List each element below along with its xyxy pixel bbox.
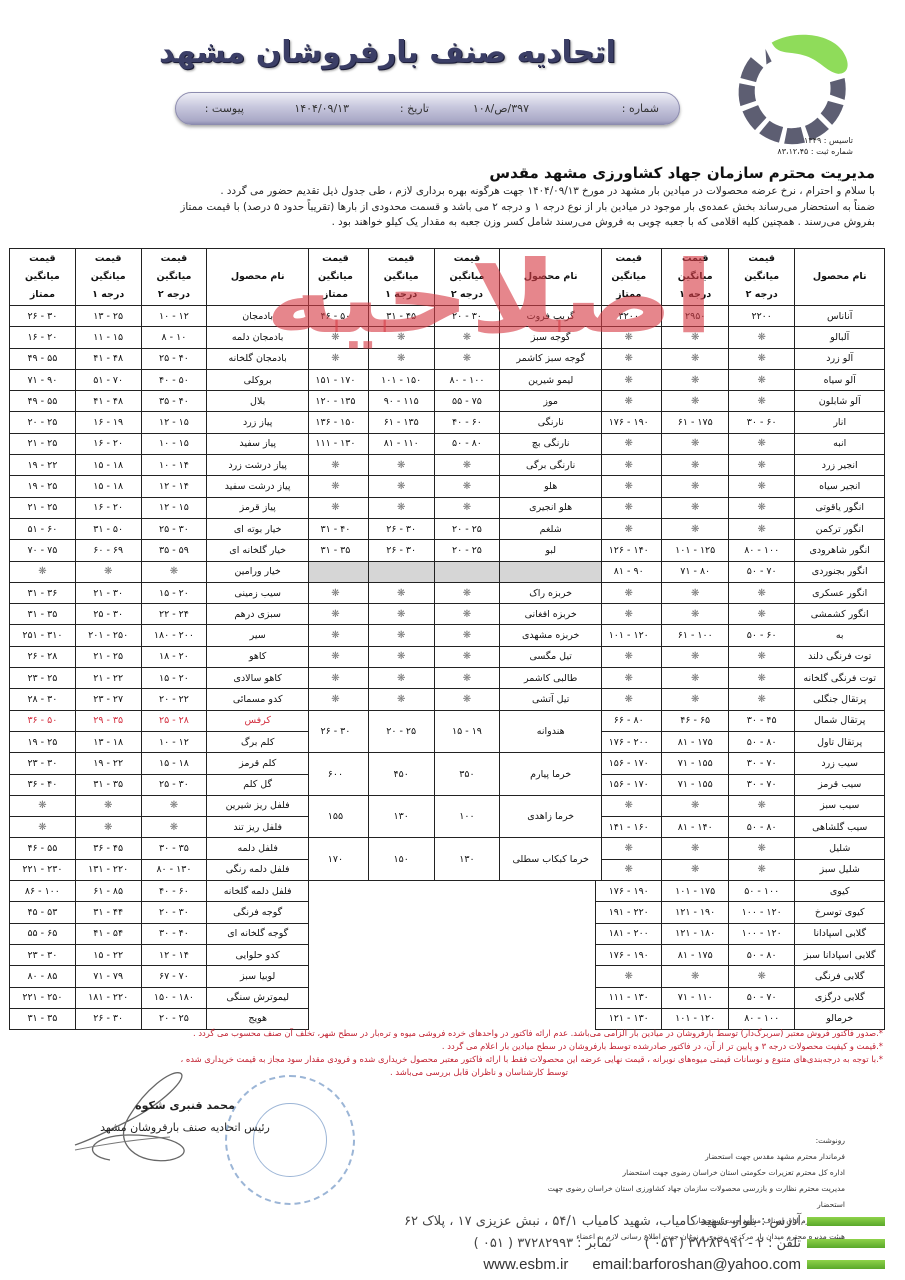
table-row: سیر۲۰۰ - ۱۸۰۲۵۰ - ۲۰۱۳۱۰ - ۲۵۱ bbox=[10, 625, 309, 646]
table-row: شلغم۲۵ - ۲۰۳۰ - ۲۶۴۰ - ۳۱ bbox=[303, 518, 602, 539]
premium-price: ۱۳۵ - ۱۲۰ bbox=[303, 391, 369, 412]
table-row: بلال۴۰ - ۳۵۴۸ - ۴۱۵۵ - ۴۹ bbox=[10, 391, 309, 412]
grade2-price: ۳۰ - ۲۰ bbox=[141, 902, 207, 923]
table-row: لبو۲۵ - ۲۰۳۰ - ۲۶۳۵ - ۳۱ bbox=[303, 540, 602, 561]
grade1-price: ❋ bbox=[368, 625, 434, 646]
premium-price: ۴۰ - ۳۱ bbox=[303, 518, 369, 539]
product-name: آلبالو bbox=[795, 327, 885, 348]
premium-price: ۲۵ - ۲۳ bbox=[10, 668, 76, 689]
premium-price: ۴۰ - ۳۶ bbox=[10, 774, 76, 795]
table-row: خیار گلخانه ای۵۹ - ۳۵۶۹ - ۶۰۷۵ - ۷۰ bbox=[10, 540, 309, 561]
product-name: کیوی bbox=[795, 881, 885, 902]
grade2-price: ❋ bbox=[728, 497, 794, 518]
table-row: بروکلی۵۰ - ۴۰۷۰ - ۵۱۹۰ - ۷۱ bbox=[10, 369, 309, 390]
product-name: تیل مگسی bbox=[500, 646, 602, 667]
signer-block: محمد قنبری شکوه رئیس اتحادیه صنف بارفروش… bbox=[75, 1095, 295, 1139]
product-name: تیل آتشی bbox=[500, 689, 602, 710]
product-name: شلیل سبز bbox=[795, 859, 885, 880]
grade1-price: ۷۰ - ۵۱ bbox=[75, 369, 141, 390]
grade2-price: ۶۰ - ۴۰ bbox=[141, 881, 207, 902]
product-name: بادمجان دلمه bbox=[207, 327, 309, 348]
premium-price: ۳۰ - ۲۶ bbox=[303, 710, 369, 753]
grade2-price: ۳۰ - ۲۵ bbox=[141, 518, 207, 539]
product-name: گوجه سبز کاشمر bbox=[500, 348, 602, 369]
recipient-heading: مدیریت محترم سازمان جهاد کشاورزی مشهد مق… bbox=[489, 164, 875, 182]
product-name: خرما زاهدی bbox=[500, 795, 602, 838]
table-row: پرتقال شمال۴۵ - ۳۰۶۵ - ۴۶۸۰ - ۶۶ bbox=[596, 710, 885, 731]
premium-price: ۱۹۰ - ۱۷۶ bbox=[596, 412, 662, 433]
product-name: انگور عسکری bbox=[795, 582, 885, 603]
premium-price: ۵۰ - ۴۶ bbox=[303, 306, 369, 327]
grade2-price: ۵۰ - ۴۰ bbox=[141, 369, 207, 390]
grade2-price: ۷۰ - ۶۷ bbox=[141, 966, 207, 987]
grade2-price: ❋ bbox=[728, 604, 794, 625]
product-name: آناناس bbox=[795, 306, 885, 327]
grade2-price: ❋ bbox=[434, 455, 500, 476]
grade2-price: ۱۰ - ۸ bbox=[141, 327, 207, 348]
grade2-price: ۳۵۰ bbox=[434, 753, 500, 796]
premium-price: ۳۰ - ۲۶ bbox=[10, 306, 76, 327]
footnote: *.صدور فاکتور فروش معتبر (سربرگ‌دار) توس… bbox=[3, 1027, 883, 1040]
table-row bbox=[303, 561, 602, 582]
table-row: آلو زرد❋❋❋ bbox=[596, 348, 885, 369]
table-row: هلو❋❋❋ bbox=[303, 476, 602, 497]
premium-price: ❋ bbox=[303, 327, 369, 348]
web-line: email:barforoshan@yahoo.com www.esbm.ir bbox=[483, 1256, 885, 1273]
product-name: گل کلم bbox=[207, 774, 309, 795]
table-row: انگور کشمشی❋❋❋ bbox=[596, 604, 885, 625]
product-name: کاهو سالادی bbox=[207, 668, 309, 689]
table-row: توت فرنگی گلخانه❋❋❋ bbox=[596, 668, 885, 689]
table-row: انگور بجنوردی۷۰ - ۵۰۸۰ - ۷۱۹۰ - ۸۱ bbox=[596, 561, 885, 582]
grade1-price: ۱۹ - ۱۶ bbox=[75, 412, 141, 433]
grade1-price: ۴۸ - ۴۱ bbox=[75, 348, 141, 369]
product-name: فلفل دلمه bbox=[207, 838, 309, 859]
grade2-price: ❋ bbox=[141, 561, 207, 582]
table-row: انگور ترکمن❋❋❋ bbox=[596, 518, 885, 539]
premium-price: ۳۱۰ - ۲۵۱ bbox=[10, 625, 76, 646]
grade1-price: ❋ bbox=[662, 668, 728, 689]
premium-price: ❋ bbox=[596, 348, 662, 369]
table-row: بادمجان دلمه۱۰ - ۸۱۵ - ۱۱۲۰ - ۱۶ bbox=[10, 327, 309, 348]
header-grade1-price: قیمتمیانگیندرجه ۱ bbox=[75, 249, 141, 306]
premium-price: ❋ bbox=[596, 476, 662, 497]
phone-line: تلفن : ۲ - ۳۷۲۸۲۹۹۱ ( ۰۵۱ ) نمابر : ۳۷۲۸… bbox=[474, 1236, 885, 1251]
grade1-price: ۲۹۵۰ bbox=[662, 306, 728, 327]
premium-price: ۲۳۰ - ۲۲۱ bbox=[10, 859, 76, 880]
grade1-price: ۱۵۰ bbox=[368, 838, 434, 881]
premium-price: ❋ bbox=[596, 369, 662, 390]
table-row: پیاز درشت زرد۱۴ - ۱۰۱۸ - ۱۵۲۲ - ۱۹ bbox=[10, 455, 309, 476]
grade1-price: ۶۹ - ۶۰ bbox=[75, 540, 141, 561]
table-row: لیمو شیرین۱۰۰ - ۸۰۱۵۰ - ۱۰۱۱۷۰ - ۱۵۱ bbox=[303, 369, 602, 390]
phone-text: تلفن : ۲ - ۳۷۲۸۲۹۹۱ ( ۰۵۱ ) نمابر : ۳۷۲۸… bbox=[474, 1236, 801, 1251]
product-name: خربزه راک bbox=[500, 582, 602, 603]
grade2-price: ❋ bbox=[434, 604, 500, 625]
email-link[interactable]: email:barforoshan@yahoo.com bbox=[592, 1256, 801, 1273]
grade2-price: ۲۵ - ۲۰ bbox=[434, 518, 500, 539]
cc-label: رونوشت: bbox=[525, 1133, 845, 1149]
cc-item: اداره کل محترم تعزیرات حکومتی استان خراس… bbox=[525, 1165, 845, 1181]
grade1-price: ۱۷۵ - ۱۰۱ bbox=[662, 881, 728, 902]
grade1-price: ❋ bbox=[662, 497, 728, 518]
product-name: گوجه سبز bbox=[500, 327, 602, 348]
grade1-price: ۲۲ - ۲۱ bbox=[75, 668, 141, 689]
grade1-price: ❋ bbox=[662, 646, 728, 667]
grade1-price: ❋ bbox=[662, 838, 728, 859]
intro-line: ضمناً به استحضار می‌رساند بخش عمده‌ی بار… bbox=[35, 200, 875, 216]
product-name: شلغم bbox=[500, 518, 602, 539]
grade1-price: ۱۵۵ - ۷۱ bbox=[662, 774, 728, 795]
address-line: آدرس : بلوار شهید کامیاب، شهید کامیاب ۵۴… bbox=[404, 1214, 885, 1229]
grade1-price: ۲۵ - ۲۰ bbox=[368, 710, 434, 753]
premium-price: ❋ bbox=[596, 391, 662, 412]
premium-price: ۵۵ - ۴۹ bbox=[10, 391, 76, 412]
product-name: پیاز سفید bbox=[207, 433, 309, 454]
footnote: *.قیمت و کیفیت محصولات درجه ۳ و پایین تر… bbox=[3, 1040, 883, 1053]
grade2-price: ۱۲ - ۱۰ bbox=[141, 731, 207, 752]
premium-price: ❋ bbox=[596, 455, 662, 476]
grade2-price: ۲۲ - ۲۰ bbox=[141, 689, 207, 710]
product-name: خیار ورامین bbox=[207, 561, 309, 582]
grade1-price: ۱۱۵ - ۹۰ bbox=[368, 391, 434, 412]
product-name: کدو حلوایی bbox=[207, 944, 309, 965]
grade2-price: ۱۲ - ۱۰ bbox=[141, 306, 207, 327]
grade1-price: ۳۰ - ۲۶ bbox=[368, 540, 434, 561]
grade1-price: ۲۰ - ۱۶ bbox=[75, 433, 141, 454]
product-name: گریپ فروت bbox=[500, 306, 602, 327]
grade1-price: ۷۹ - ۷۱ bbox=[75, 966, 141, 987]
table-row: انگور شاهرودی۱۰۰ - ۸۰۱۲۵ - ۱۰۱۱۴۰ - ۱۲۶ bbox=[596, 540, 885, 561]
table-row: نارنگی۶۰ - ۴۰۱۳۵ - ۶۱۱۵۰ - ۱۳۶ bbox=[303, 412, 602, 433]
vegetable-price-table: نام محصولقیمتمیانگیندرجه ۲قیمتمیانگیندرج… bbox=[9, 248, 309, 1030]
table-row: بادمجان۱۲ - ۱۰۲۵ - ۱۳۳۰ - ۲۶ bbox=[10, 306, 309, 327]
premium-price: ❋ bbox=[596, 795, 662, 816]
grade2-price: ۴۰ - ۳۰ bbox=[141, 923, 207, 944]
grade1-price: ۵۰ - ۳۱ bbox=[75, 518, 141, 539]
grade2-price: ۷۵ - ۵۵ bbox=[434, 391, 500, 412]
table-row: خیار بوته ای۳۰ - ۲۵۵۰ - ۳۱۶۰ - ۵۱ bbox=[10, 518, 309, 539]
product-name: خرما پیارم bbox=[500, 753, 602, 796]
premium-price: ❋ bbox=[596, 668, 662, 689]
grade2-price: ۲۵ - ۲۰ bbox=[434, 540, 500, 561]
premium-price: ۱۲۰ - ۱۰۱ bbox=[596, 625, 662, 646]
grade1-price: ۱۹۰ - ۱۲۱ bbox=[662, 902, 728, 923]
premium-price: ۲۵ - ۲۱ bbox=[10, 433, 76, 454]
premium-price: ❋ bbox=[303, 689, 369, 710]
grade2-price: ۱۳۰ bbox=[434, 838, 500, 881]
premium-price: ۲۵ - ۱۹ bbox=[10, 476, 76, 497]
grade2-price: ۲۲۰۰ bbox=[728, 306, 794, 327]
product-name: هندوانه bbox=[500, 710, 602, 753]
grade2-price: ❋ bbox=[728, 433, 794, 454]
grade2-price: ❋ bbox=[728, 795, 794, 816]
grade2-price: ۷۰ - ۵۰ bbox=[728, 987, 794, 1008]
grade1-price: ❋ bbox=[662, 348, 728, 369]
grade1-price: ❋ bbox=[662, 455, 728, 476]
premium-price: ۱۵۵ bbox=[303, 795, 369, 838]
table-row: انجیر سیاه❋❋❋ bbox=[596, 476, 885, 497]
grade2-price: ۱۴ - ۱۲ bbox=[141, 476, 207, 497]
header-grade2-price: قیمتمیانگیندرجه ۲ bbox=[434, 249, 500, 306]
premium-price: ۷۵ - ۷۰ bbox=[10, 540, 76, 561]
table-row: لوبیا سبز۷۰ - ۶۷۷۹ - ۷۱۸۵ - ۸۰ bbox=[10, 966, 309, 987]
grade1-price: ۲۵۰ - ۲۰۱ bbox=[75, 625, 141, 646]
grade2-price: ۱۲۰ - ۱۰۰ bbox=[728, 923, 794, 944]
table-row: سیب گلشاهی۸۰ - ۵۰۱۴۰ - ۸۱۱۶۰ - ۱۴۱ bbox=[596, 817, 885, 838]
product-name: توت فرنگی دلند bbox=[795, 646, 885, 667]
grade2-price: ❋ bbox=[728, 582, 794, 603]
grade2-price: ❋ bbox=[434, 582, 500, 603]
grade2-price: ۲۰ - ۱۸ bbox=[141, 646, 207, 667]
premium-price: ۱۴۰ - ۱۲۶ bbox=[596, 540, 662, 561]
grade1-price: ❋ bbox=[662, 476, 728, 497]
grade2-price: ۳۰ - ۲۵ bbox=[141, 774, 207, 795]
product-name: سیب قرمز bbox=[795, 774, 885, 795]
table-row: هلو انجیری❋❋❋ bbox=[303, 497, 602, 518]
grade2-price bbox=[434, 561, 500, 582]
grade1-price: ❋ bbox=[662, 391, 728, 412]
table-row: شلیل سبز❋❋❋ bbox=[596, 859, 885, 880]
grade2-price: ۷۰ - ۵۰ bbox=[728, 561, 794, 582]
grade2-price: ۸۰ - ۵۰ bbox=[728, 944, 794, 965]
grade2-price: ۷۰ - ۳۰ bbox=[728, 753, 794, 774]
product-name: سیب زرد bbox=[795, 753, 885, 774]
grade2-price: ۶۰ - ۵۰ bbox=[728, 625, 794, 646]
table-row: فلفل ریز شیرین❋❋❋ bbox=[10, 795, 309, 816]
table-row: گلابی فرنگی❋❋❋ bbox=[596, 966, 885, 987]
table-row: شلیل❋❋❋ bbox=[596, 838, 885, 859]
grade2-price: ۱۸ - ۱۵ bbox=[141, 753, 207, 774]
premium-price: ❋ bbox=[596, 497, 662, 518]
grade2-price: ۲۴ - ۲۲ bbox=[141, 604, 207, 625]
grade1-price: ❋ bbox=[662, 689, 728, 710]
product-name: کیوی توسرخ bbox=[795, 902, 885, 923]
product-name: هلو انجیری bbox=[500, 497, 602, 518]
product-name: آلو زرد bbox=[795, 348, 885, 369]
table-row: آلو سیاه❋❋❋ bbox=[596, 369, 885, 390]
grade2-price: ❋ bbox=[728, 838, 794, 859]
table-row: به۶۰ - ۵۰۱۰۰ - ۶۱۱۲۰ - ۱۰۱ bbox=[596, 625, 885, 646]
grade1-price: ۸۰ - ۷۱ bbox=[662, 561, 728, 582]
grade1-price: ۱۵۰ - ۱۰۱ bbox=[368, 369, 434, 390]
product-name: انگور ترکمن bbox=[795, 518, 885, 539]
grade2-price: ❋ bbox=[728, 476, 794, 497]
table-row: پیاز سفید۱۵ - ۱۰۲۰ - ۱۶۲۵ - ۲۱ bbox=[10, 433, 309, 454]
product-name: خربزه مشهدی bbox=[500, 625, 602, 646]
grade1-price: ❋ bbox=[662, 966, 728, 987]
table-row: سیب قرمز۷۰ - ۳۰۱۵۵ - ۷۱۱۷۰ - ۱۵۶ bbox=[596, 774, 885, 795]
grade2-price: ۱۴ - ۱۲ bbox=[141, 944, 207, 965]
premium-price: ۹۰ - ۷۱ bbox=[10, 369, 76, 390]
premium-price: ۱۵۰ - ۱۳۶ bbox=[303, 412, 369, 433]
grade2-price: ۶۰ - ۳۰ bbox=[728, 412, 794, 433]
grade1-price: ۱۳۰ bbox=[368, 795, 434, 838]
table-row: پیاز قرمز۱۵ - ۱۲۲۰ - ۱۶۲۵ - ۲۱ bbox=[10, 497, 309, 518]
product-name: خیار گلخانه ای bbox=[207, 540, 309, 561]
product-name: انگور کشمشی bbox=[795, 604, 885, 625]
product-name: پرتقال شمال bbox=[795, 710, 885, 731]
green-bar-icon bbox=[807, 1239, 885, 1248]
grade1-price bbox=[368, 561, 434, 582]
table-row: گوجه سبز❋❋❋ bbox=[303, 327, 602, 348]
grade2-price: ۲۸ - ۲۵ bbox=[141, 710, 207, 731]
premium-price: ۵۵ - ۴۹ bbox=[10, 348, 76, 369]
product-name: لیموترش سنگی bbox=[207, 987, 309, 1008]
premium-price: ❋ bbox=[303, 604, 369, 625]
green-bar-icon bbox=[807, 1260, 885, 1269]
grade2-price: ❋ bbox=[434, 327, 500, 348]
table-row: خیار ورامین❋❋❋ bbox=[10, 561, 309, 582]
grade2-price: ۵۹ - ۳۵ bbox=[141, 540, 207, 561]
grade2-price: ❋ bbox=[728, 966, 794, 987]
premium-price: ۵۵ - ۴۶ bbox=[10, 838, 76, 859]
table-row: انار۶۰ - ۳۰۱۷۵ - ۶۱۱۹۰ - ۱۷۶ bbox=[596, 412, 885, 433]
product-name: انگور یاقوتی bbox=[795, 497, 885, 518]
product-name: بادمجان گلخانه bbox=[207, 348, 309, 369]
header-product-name: نام محصول bbox=[500, 249, 602, 306]
grade1-price: ۳۰ - ۲۱ bbox=[75, 582, 141, 603]
product-name: کرفس bbox=[207, 710, 309, 731]
product-name: سبزی درهم bbox=[207, 604, 309, 625]
table-row: کرفس۲۸ - ۲۵۳۵ - ۲۹۵۰ - ۳۶ bbox=[10, 710, 309, 731]
grade1-price: ۴۸ - ۴۱ bbox=[75, 391, 141, 412]
table-row: نارنگی برگی❋❋❋ bbox=[303, 455, 602, 476]
grade2-price: ۳۵ - ۳۰ bbox=[141, 838, 207, 859]
table-row: کیوی۱۰۰ - ۵۰۱۷۵ - ۱۰۱۱۹۰ - ۱۷۶ bbox=[596, 881, 885, 902]
premium-price: ۵۳ - ۴۵ bbox=[10, 902, 76, 923]
grade2-price: ۱۵ - ۱۲ bbox=[141, 497, 207, 518]
grade1-price: ❋ bbox=[368, 455, 434, 476]
premium-price: ❋ bbox=[303, 582, 369, 603]
product-name: بادمجان bbox=[207, 306, 309, 327]
product-name: گوجه فرنگی bbox=[207, 902, 309, 923]
signer-name: محمد قنبری شکوه bbox=[75, 1095, 295, 1117]
product-name: طالبی کاشمر bbox=[500, 668, 602, 689]
grade1-price: ۱۷۵ - ۶۱ bbox=[662, 412, 728, 433]
grade1-price: ۵۴ - ۴۱ bbox=[75, 923, 141, 944]
premium-price: ❋ bbox=[596, 646, 662, 667]
product-name: پیاز درشت سفید bbox=[207, 476, 309, 497]
grade2-price: ۳۰ - ۲۰ bbox=[434, 306, 500, 327]
header-grade1-price: قیمتمیانگیندرجه ۱ bbox=[368, 249, 434, 306]
table-row: گوجه فرنگی۳۰ - ۲۰۴۴ - ۳۱۵۳ - ۴۵ bbox=[10, 902, 309, 923]
product-name: آلو شابلون bbox=[795, 391, 885, 412]
table-row: گلابی اسپادانا۱۲۰ - ۱۰۰۱۸۰ - ۱۲۱۲۰۰ - ۱۸… bbox=[596, 923, 885, 944]
premium-price: ❋ bbox=[596, 838, 662, 859]
grade2-price: ❋ bbox=[434, 497, 500, 518]
premium-price: ۳۰ - ۲۸ bbox=[10, 689, 76, 710]
grade2-price: ۱۴ - ۱۰ bbox=[141, 455, 207, 476]
table-row: پرتقال جنگلی❋❋❋ bbox=[596, 689, 885, 710]
grade2-price: ۱۸۰ - ۱۵۰ bbox=[141, 987, 207, 1008]
premium-price: ۳۵ - ۳۱ bbox=[303, 540, 369, 561]
grade2-price: ❋ bbox=[728, 369, 794, 390]
letter-meta-bar: شماره : ۳۹۷/ص/۱۰۸ تاریخ : ۱۴۰۴/۰۹/۱۳ پیو… bbox=[175, 92, 680, 125]
product-name: گلابی درگزی bbox=[795, 987, 885, 1008]
table-row: کاهو۲۰ - ۱۸۲۵ - ۲۱۲۸ - ۲۶ bbox=[10, 646, 309, 667]
product-name: انار bbox=[795, 412, 885, 433]
table-row: خربزه افغانی❋❋❋ bbox=[303, 604, 602, 625]
table-row: فلفل دلمه گلخانه۶۰ - ۴۰۸۵ - ۶۱۱۰۰ - ۸۶ bbox=[10, 881, 309, 902]
grade1-price: ۱۱۰ - ۸۱ bbox=[368, 433, 434, 454]
table-row: پیاز درشت سفید۱۴ - ۱۲۱۸ - ۱۵۲۵ - ۱۹ bbox=[10, 476, 309, 497]
product-name: سیر bbox=[207, 625, 309, 646]
grade1-price: ۴۴ - ۳۱ bbox=[75, 902, 141, 923]
grade1-price: ۲۷ - ۲۳ bbox=[75, 689, 141, 710]
table-row: لیموترش سنگی۱۸۰ - ۱۵۰۲۲۰ - ۱۸۱۲۵۰ - ۲۲۱ bbox=[10, 987, 309, 1008]
cc-item: مدیریت محترم نظارت و بازرسی محصولات سازم… bbox=[525, 1181, 845, 1213]
grade1-price: ❋ bbox=[368, 497, 434, 518]
premium-price: ۱۹۰ - ۱۷۶ bbox=[596, 944, 662, 965]
premium-price: ۱۷۰ bbox=[303, 838, 369, 881]
premium-price: ❋ bbox=[303, 476, 369, 497]
middle-price-table: نام محصولقیمتمیانگیندرجه ۲قیمتمیانگیندرج… bbox=[302, 248, 602, 881]
premium-price: ۱۷۰ - ۱۵۶ bbox=[596, 753, 662, 774]
product-name: پیاز قرمز bbox=[207, 497, 309, 518]
grade2-price: ۸۰ - ۵۰ bbox=[728, 731, 794, 752]
grade1-price: ❋ bbox=[662, 369, 728, 390]
table-row: گوجه گلخانه ای۴۰ - ۳۰۵۴ - ۴۱۶۵ - ۵۵ bbox=[10, 923, 309, 944]
product-name: پرتقال تاول bbox=[795, 731, 885, 752]
premium-price: ۳۲۰۰ bbox=[596, 306, 662, 327]
grade1-price: ❋ bbox=[75, 795, 141, 816]
number-value: ۳۹۷/ص/۱۰۸ bbox=[473, 102, 529, 115]
premium-price: ۶۰ - ۵۱ bbox=[10, 518, 76, 539]
table-row: کدو حلوایی۱۴ - ۱۲۲۲ - ۱۵۳۰ - ۲۳ bbox=[10, 944, 309, 965]
premium-price: ۲۲۰ - ۱۹۱ bbox=[596, 902, 662, 923]
grade1-price: ۱۸ - ۱۵ bbox=[75, 455, 141, 476]
table-row: طالبی کاشمر❋❋❋ bbox=[303, 668, 602, 689]
product-name: گلابی فرنگی bbox=[795, 966, 885, 987]
product-name: خربزه افغانی bbox=[500, 604, 602, 625]
grade1-price: ۳۰ - ۲۶ bbox=[368, 518, 434, 539]
premium-price: ۲۵ - ۲۰ bbox=[10, 412, 76, 433]
grade2-price: ۷۰ - ۳۰ bbox=[728, 774, 794, 795]
grade1-price: ۲۲۰ - ۱۳۱ bbox=[75, 859, 141, 880]
website-link[interactable]: www.esbm.ir bbox=[483, 1256, 568, 1273]
grade2-price: ۶۰ - ۴۰ bbox=[434, 412, 500, 433]
table-row: خربزه راک❋❋❋ bbox=[303, 582, 602, 603]
grade1-price: ❋ bbox=[662, 433, 728, 454]
grade1-price: ۶۵ - ۴۶ bbox=[662, 710, 728, 731]
table-row: انبه❋❋❋ bbox=[596, 433, 885, 454]
premium-price: ۲۵ - ۱۹ bbox=[10, 731, 76, 752]
grade1-price: ❋ bbox=[368, 689, 434, 710]
premium-price: ۳۶ - ۳۱ bbox=[10, 582, 76, 603]
number-label: شماره : bbox=[622, 102, 659, 115]
premium-price: ۹۰ - ۸۱ bbox=[596, 561, 662, 582]
premium-price: ❋ bbox=[303, 497, 369, 518]
table-header-row: نام محصولقیمتمیانگیندرجه ۲قیمتمیانگیندرج… bbox=[303, 249, 602, 306]
grade2-price: ❋ bbox=[728, 518, 794, 539]
premium-price: ❋ bbox=[10, 795, 76, 816]
grade1-price: ۲۲ - ۱۵ bbox=[75, 944, 141, 965]
premium-price: ❋ bbox=[596, 327, 662, 348]
product-name: کاهو bbox=[207, 646, 309, 667]
table-row: کلم برگ۱۲ - ۱۰۱۸ - ۱۳۲۵ - ۱۹ bbox=[10, 731, 309, 752]
product-name: شلیل bbox=[795, 838, 885, 859]
grade1-price: ۳۰ - ۲۵ bbox=[75, 604, 141, 625]
intro-line: با سلام و احترام ، نرخ عرضه محصولات در م… bbox=[35, 184, 875, 200]
grade1-price: ❋ bbox=[368, 327, 434, 348]
table-row: سبزی درهم۲۴ - ۲۲۳۰ - ۲۵۳۵ - ۳۱ bbox=[10, 604, 309, 625]
header-premium-price: قیمتمیانگینممتاز bbox=[596, 249, 662, 306]
premium-price: ❋ bbox=[303, 646, 369, 667]
table-row: موز۷۵ - ۵۵۱۱۵ - ۹۰۱۳۵ - ۱۲۰ bbox=[303, 391, 602, 412]
grade2-price: ❋ bbox=[728, 348, 794, 369]
table-row: کدو مسمائی۲۲ - ۲۰۲۷ - ۲۳۳۰ - ۲۸ bbox=[10, 689, 309, 710]
